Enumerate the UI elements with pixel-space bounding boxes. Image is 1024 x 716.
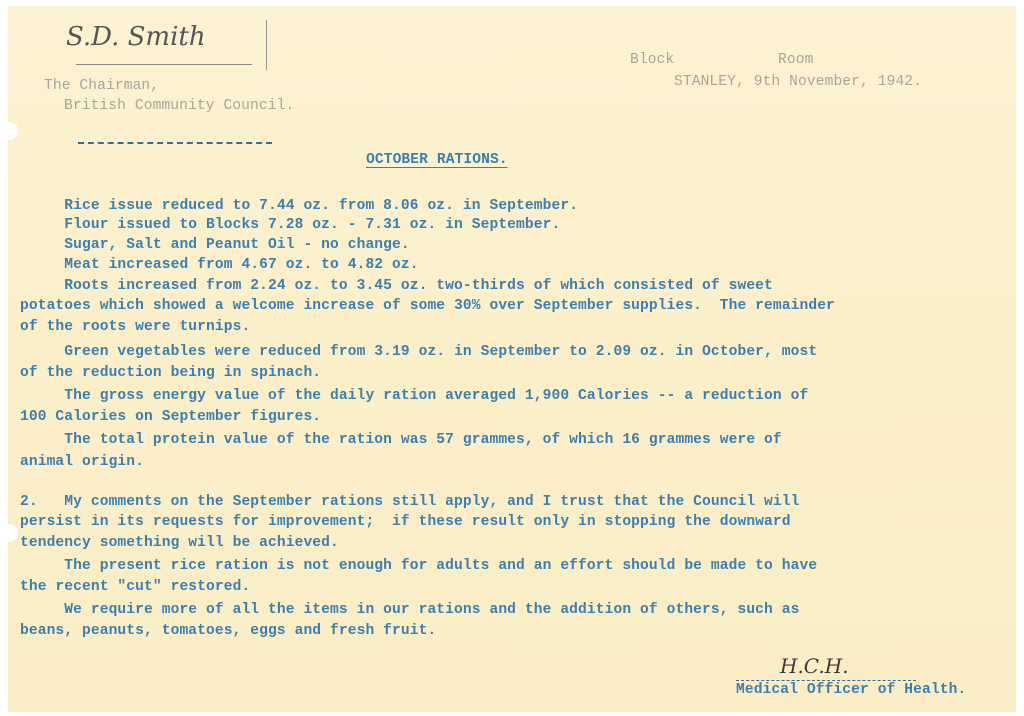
- body-line: beans, peanuts, tomatoes, eggs and fresh…: [20, 623, 436, 639]
- body-line: Rice issue reduced to 7.44 oz. from 8.06…: [20, 198, 578, 214]
- body-line: tendency something will be achieved.: [20, 535, 339, 551]
- document-title: OCTOBER RATIONS.: [366, 152, 508, 168]
- body-line: animal origin.: [20, 454, 144, 470]
- paper-notch: [8, 524, 18, 542]
- body-line: of the reduction being in spinach.: [20, 365, 321, 381]
- recipient-line-2: British Community Council.: [64, 98, 294, 114]
- pencil-mark: [266, 20, 267, 70]
- body-line: Green vegetables were reduced from 3.19 …: [20, 344, 817, 360]
- document-page: S.D. Smith The Chairman, British Communi…: [8, 6, 1016, 712]
- body-line: Sugar, Salt and Peanut Oil - no change.: [20, 237, 410, 253]
- body-line: We require more of all the items in our …: [20, 602, 799, 618]
- paper-notch: [8, 122, 18, 140]
- signature-dashes: [736, 680, 916, 681]
- signature-top: S.D. Smith: [66, 22, 206, 52]
- body-line: The gross energy value of the daily rati…: [20, 388, 808, 404]
- body-line: persist in its requests for improvement;…: [20, 514, 791, 530]
- body-line: The total protein value of the ration wa…: [20, 432, 782, 448]
- body-line: the recent "cut" restored.: [20, 579, 250, 595]
- place-date: STANLEY, 9th November, 1942.: [674, 74, 922, 90]
- body-line: 2. My comments on the September rations …: [20, 494, 799, 510]
- body-line: Roots increased from 2.24 oz. to 3.45 oz…: [20, 278, 773, 294]
- room-label: Room: [778, 52, 813, 68]
- body-line: Meat increased from 4.67 oz. to 4.82 oz.: [20, 257, 419, 273]
- body-line: potatoes which showed a welcome increase…: [20, 298, 835, 314]
- body-line: 100 Calories on September figures.: [20, 409, 321, 425]
- body-line: The present rice ration is not enough fo…: [20, 558, 817, 574]
- block-label: Block: [630, 52, 674, 68]
- initials-signature: H.C.H.: [780, 654, 849, 678]
- body-line: of the roots were turnips.: [20, 319, 250, 335]
- signature-underline: [76, 64, 252, 65]
- signatory-title: Medical Officer of Health.: [736, 682, 966, 698]
- recipient-line-1: The Chairman,: [44, 78, 159, 94]
- body-line: Flour issued to Blocks 7.28 oz. - 7.31 o…: [20, 217, 560, 233]
- separator-dashes: [78, 142, 272, 144]
